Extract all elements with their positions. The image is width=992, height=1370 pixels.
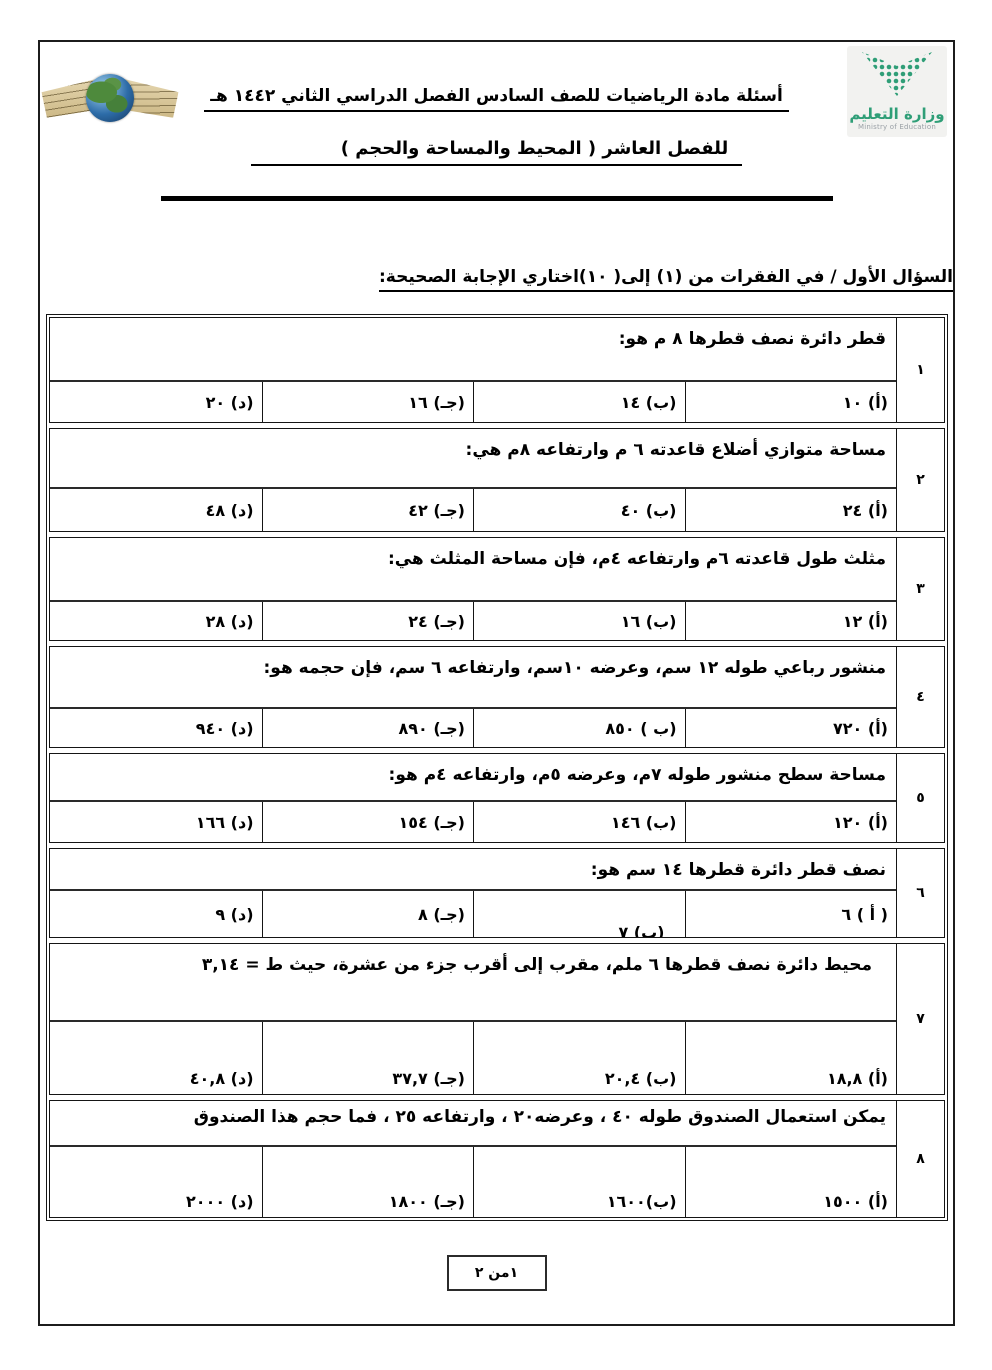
question-number: ٦ xyxy=(896,849,944,937)
option-c: (جـ) ٢٤ xyxy=(262,602,474,640)
option-b: (ب ) ٨٥٠ xyxy=(473,709,685,747)
question-text: قطر دائرة نصف قطرها ٨ م هو: xyxy=(50,318,896,382)
option-c: (جـ) ٣٧,٧ xyxy=(262,1022,474,1094)
title-divider xyxy=(161,196,833,201)
question-number: ٢ xyxy=(896,429,944,531)
question-number: ٨ xyxy=(896,1101,944,1217)
option-a: (أ) ١٢ xyxy=(685,602,897,640)
question-row-6: ٦ نصف قطر دائرة قطرها ١٤ سم هو: ( أ ) ٦ … xyxy=(49,848,945,938)
option-a: (أ) ١٢٠ xyxy=(685,802,897,842)
questions-table: ١ قطر دائرة نصف قطرها ٨ م هو: (أ) ١٠ (ب)… xyxy=(46,314,948,1221)
question-text: مساحة سطح منشور طوله ٧م، وعرضه ٥م، وارتف… xyxy=(50,754,896,802)
option-d: (د) ١٦٦ xyxy=(50,802,262,842)
question-row-1: ١ قطر دائرة نصف قطرها ٨ م هو: (أ) ١٠ (ب)… xyxy=(49,317,945,423)
page-frame: وزارة التعليم Ministry of Education أسئل… xyxy=(38,40,955,1326)
question-text: يمكن استعمال الصندوق طوله ٤٠ ، وعرضه٢٠ ،… xyxy=(50,1101,896,1147)
option-b: (ب) ١٦ xyxy=(473,602,685,640)
option-c: (جـ) ٨ xyxy=(262,891,474,937)
option-a: (أ) ١٠ xyxy=(685,382,897,422)
option-c: (جـ) ٤٢ xyxy=(262,489,474,531)
option-b: (ب) ٧ xyxy=(473,891,685,937)
ministry-name-arabic: وزارة التعليم xyxy=(849,106,945,123)
option-b: (ب) ١٤ xyxy=(473,382,685,422)
question-row-5: ٥ مساحة سطح منشور طوله ٧م، وعرضه ٥م، وار… xyxy=(49,753,945,843)
question-text: محيط دائرة نصف قطرها ٦ ملم، مقرب إلى أقر… xyxy=(50,944,896,1022)
question-row-4: ٤ منشور رباعي طوله ١٢ سم، وعرضه ١٠سم، وا… xyxy=(49,646,945,748)
document-subtitle: للفصل العاشر ( المحيط والمساحة والحجم ) xyxy=(251,138,743,166)
option-d: (د) ٤٠,٨ xyxy=(50,1022,262,1094)
option-a: (أ) ٢٤ xyxy=(685,489,897,531)
option-d: (د) ٩ xyxy=(50,891,262,937)
option-b: (ب) ١٤٦ xyxy=(473,802,685,842)
option-a: (أ) ١٨,٨ xyxy=(685,1022,897,1094)
option-c: (جـ) ١٨٠٠ xyxy=(262,1147,474,1217)
option-a: (أ) ٧٢٠ xyxy=(685,709,897,747)
globe-icon xyxy=(86,74,134,122)
option-c: (جـ) ١٥٤ xyxy=(262,802,474,842)
option-d: (د) ٤٨ xyxy=(50,489,262,531)
option-d: (د) ٩٤٠ xyxy=(50,709,262,747)
question-row-7: ٧ محيط دائرة نصف قطرها ٦ ملم، مقرب إلى أ… xyxy=(49,943,945,1095)
ministry-name-english: Ministry of Education xyxy=(849,123,945,131)
moe-dots-emblem-icon xyxy=(858,50,936,102)
option-a: (أ) ١٥٠٠ xyxy=(685,1147,897,1217)
option-b: (ب) ٢٠,٤ xyxy=(473,1022,685,1094)
ministry-of-education-logo: وزارة التعليم Ministry of Education xyxy=(847,46,947,137)
option-d: (د) ٢٠ xyxy=(50,382,262,422)
exam-page: وزارة التعليم Ministry of Education أسئل… xyxy=(0,0,992,1370)
question-number: ٧ xyxy=(896,944,944,1094)
question-row-8: ٨ يمكن استعمال الصندوق طوله ٤٠ ، وعرضه٢٠… xyxy=(49,1100,945,1218)
section-title: السؤال الأول / في الفقرات من (١) إلى( ١٠… xyxy=(379,267,953,292)
option-a: ( أ ) ٦ xyxy=(685,891,897,937)
question-number: ٤ xyxy=(896,647,944,747)
question-text: مثلث طول قاعدته ٦م وارتفاعه ٤م، فإن مساح… xyxy=(50,538,896,602)
option-c: (جـ) ٨٩٠ xyxy=(262,709,474,747)
page-number-label: ١من ٢ xyxy=(475,1265,518,1281)
question-row-3: ٣ مثلث طول قاعدته ٦م وارتفاعه ٤م، فإن مس… xyxy=(49,537,945,641)
question-number: ٥ xyxy=(896,754,944,842)
question-text: نصف قطر دائرة قطرها ١٤ سم هو: xyxy=(50,849,896,891)
option-c: (جـ) ١٦ xyxy=(262,382,474,422)
option-b: (ب) ٤٠ xyxy=(473,489,685,531)
school-logo xyxy=(42,66,178,132)
question-text: منشور رباعي طوله ١٢ سم، وعرضه ١٠سم، وارت… xyxy=(50,647,896,709)
question-number: ١ xyxy=(896,318,944,422)
option-b: (ب)١٦٠٠ xyxy=(473,1147,685,1217)
question-row-2: ٢ مساحة متوازي أضلاع قاعدته ٦ م وارتفاعه… xyxy=(49,428,945,532)
option-d: (د) ٢٨ xyxy=(50,602,262,640)
document-title: أسئلة مادة الرياضيات للصف السادس الفصل ا… xyxy=(204,86,789,112)
question-text: مساحة متوازي أضلاع قاعدته ٦ م وارتفاعه ٨… xyxy=(50,429,896,489)
question-number: ٣ xyxy=(896,538,944,640)
page-number-box: ١من ٢ xyxy=(447,1255,547,1291)
option-d: (د) ٢٠٠٠ xyxy=(50,1147,262,1217)
